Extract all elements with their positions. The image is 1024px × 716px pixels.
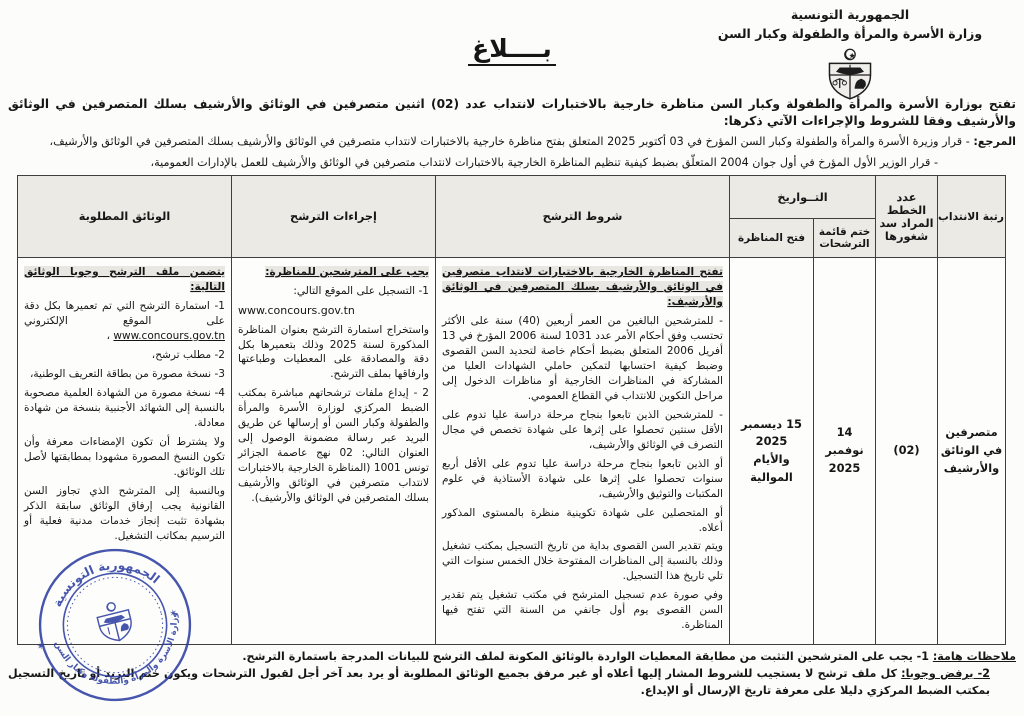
documents-item-1-url: www.concours.gov.tn bbox=[113, 330, 225, 342]
cell-vacancies: (02) bbox=[876, 258, 938, 645]
documents-title: يتضمن ملف الترشح وجوبا الوثائق التالية: bbox=[24, 266, 225, 293]
notes-label: ملاحظات هامة: bbox=[933, 650, 1016, 663]
documents-item-1-text: 1- استمارة الترشح التي تم تعميرها بكل دق… bbox=[24, 300, 225, 327]
references-block: المرجع: - قرار وزيرة الأسرة والمرأة والط… bbox=[8, 131, 1016, 174]
important-notes: ملاحظات هامة: 1- يجب على المترشحين التثب… bbox=[8, 648, 1016, 700]
documents-item-3: 3- نسخة مصورة من بطاقة التعريف الوطنية، bbox=[24, 367, 225, 382]
cell-open-date: 15 ديسمبر 2025 والأيام الموالية bbox=[729, 258, 813, 645]
conditions-paragraph-2: - للمترشحين الذين تابعوا بنجاح مرحلة درا… bbox=[442, 408, 723, 453]
table-row: متصرفين في الوثائق والأرشيف (02) 14 نوفم… bbox=[17, 258, 1005, 645]
conditions-paragraph-1: - للمترشحين البالغين من العمر أربعين (40… bbox=[442, 314, 723, 404]
documents-note-over-age: وبالنسبة إلى المترشح الذي تجاوز السن الق… bbox=[24, 484, 225, 544]
references-label: المرجع: bbox=[973, 135, 1016, 148]
conditions-paragraph-6: وفي صورة عدم تسجيل المترشح في مكتب تشغيل… bbox=[442, 588, 723, 633]
note-line-1: ملاحظات هامة: 1- يجب على المترشحين التثب… bbox=[8, 648, 1016, 665]
reference-line-1: المرجع: - قرار وزيرة الأسرة والمرأة والط… bbox=[8, 131, 1016, 152]
documents-item-2: 2- مطلب ترشح، bbox=[24, 348, 225, 363]
intro-paragraph: تفتح بوزارة الأسرة والمرأة والطفولة وكبا… bbox=[8, 96, 1016, 130]
conditions-paragraph-3: أو الذين تابعوا بنجاح مرحلة دراسة عليا ت… bbox=[442, 457, 723, 502]
open-date-day-month: 15 ديسمبر bbox=[732, 416, 811, 434]
open-date-following-days: والأيام الموالية bbox=[732, 451, 811, 486]
procedures-step-1-details: واستخراج استمارة الترشح بعنوان المناظرة … bbox=[238, 323, 429, 383]
republic-title: الجمهورية التونسية bbox=[690, 5, 1010, 24]
procedures-step-1: 1- التسجيل على الموقع التالي: bbox=[238, 284, 429, 299]
recruitment-table-wrap: رتبة الانتداب عدد الخطط المراد سد شغورها… bbox=[18, 175, 1006, 645]
cell-procedures: يجب على المترشحين للمناظرة: 1- التسجيل ع… bbox=[231, 258, 435, 645]
reference-item-1: - قرار وزيرة الأسرة والمرأة والطفولة وكب… bbox=[50, 135, 970, 148]
col-header-open-date: فتح المناظرة bbox=[729, 219, 813, 258]
close-date-year: 2025 bbox=[816, 460, 873, 478]
note-2-text: كل ملف ترشح لا يستجيب للشروط المشار إليه… bbox=[8, 667, 990, 697]
documents-item-1-comma: ، bbox=[107, 330, 110, 342]
col-header-vacancies: عدد الخطط المراد سد شغورها bbox=[876, 176, 938, 258]
procedures-step-2: 2 - إيداع ملفات ترشحاتهم مباشرة بمكتب ال… bbox=[238, 386, 429, 506]
documents-item-1: 1- استمارة الترشح التي تم تعميرها بكل دق… bbox=[24, 299, 225, 344]
col-header-documents: الوثائق المطلوبة bbox=[17, 176, 231, 258]
cell-conditions: تفتح المناظرة الخارجية بالاختبارات لانتد… bbox=[435, 258, 729, 645]
scanned-announcement-document: الجمهورية التونسية وزارة الأسرة والمرأة … bbox=[0, 0, 1024, 716]
page-title: بــــلاغ bbox=[0, 34, 1024, 63]
cell-rank: متصرفين في الوثائق والأرشيف bbox=[938, 258, 1006, 645]
reference-item-2: - قرار الوزير الأول المؤرخ في أول جوان 2… bbox=[150, 156, 938, 169]
note-1-text: 1- يجب على المترشحين التثبت من مطابقة ال… bbox=[242, 650, 929, 663]
col-header-close-date: ختم قائمة الترشحات bbox=[814, 219, 876, 258]
col-header-dates: التــواريخ bbox=[729, 176, 875, 219]
conditions-title: تفتح المناظرة الخارجية بالاختبارات لانتد… bbox=[442, 266, 723, 308]
procedures-title: يجب على المترشحين للمناظرة: bbox=[265, 266, 429, 278]
col-header-procedures: إجراءات الترشح bbox=[231, 176, 435, 258]
announcement-word: بــــلاغ bbox=[468, 34, 556, 66]
note-line-2: 2- يرفض وجوبا: كل ملف ترشح لا يستجيب للش… bbox=[8, 665, 1016, 699]
recruitment-table: رتبة الانتداب عدد الخطط المراد سد شغورها… bbox=[17, 175, 1006, 645]
conditions-paragraph-5: ويتم تقدير السن القصوى بداية من تاريخ ال… bbox=[442, 539, 723, 584]
note-2-label: 2- يرفض وجوبا: bbox=[901, 667, 990, 680]
cell-close-date: 14 نوفمبر 2025 bbox=[814, 258, 876, 645]
col-header-conditions: شروط الترشح bbox=[435, 176, 729, 258]
reference-line-2: - قرار الوزير الأول المؤرخ في أول جوان 2… bbox=[8, 152, 1016, 173]
col-header-rank: رتبة الانتداب bbox=[938, 176, 1006, 258]
documents-item-4: 4- نسخة مصورة من الشهادة العلمية مصحوبة … bbox=[24, 386, 225, 431]
conditions-paragraph-4: أو المتحصلين على شهادة تكوينية منظرة بال… bbox=[442, 506, 723, 536]
open-date-year: 2025 bbox=[732, 433, 811, 451]
registration-website-url: www.concours.gov.tn bbox=[238, 303, 429, 319]
close-date-day-month: 14 نوفمبر bbox=[816, 424, 873, 459]
documents-note-signatures: ولا يشترط أن تكون الإمضاءات معرفة وأن تك… bbox=[24, 435, 225, 480]
cell-documents: يتضمن ملف الترشح وجوبا الوثائق التالية: … bbox=[17, 258, 231, 645]
